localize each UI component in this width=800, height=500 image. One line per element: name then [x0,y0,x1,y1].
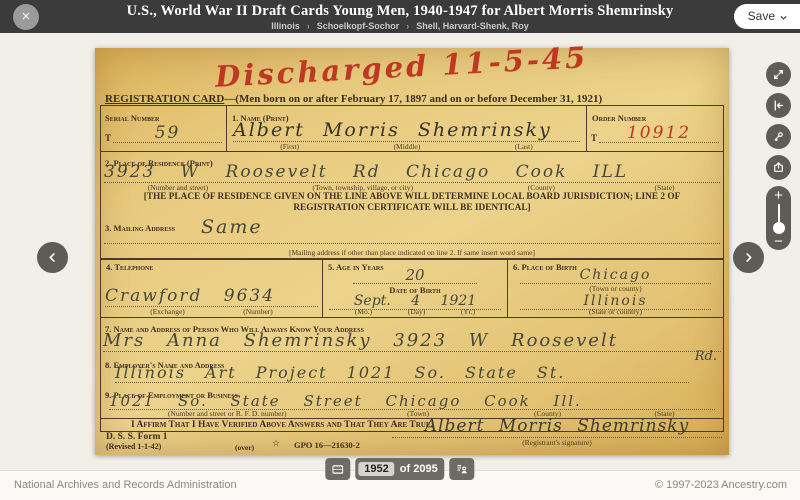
serial-number-value: 59 [113,125,222,143]
card-footer: D. S. S. Form 1 (Revised 1-1-42) (over) … [100,432,724,455]
residence-sub-county: (County) [474,183,610,192]
name-sub-first: (First) [280,142,299,151]
card-title: REGISTRATION CARD—(Men born on or after … [105,93,602,105]
tools-button[interactable] [766,124,791,149]
signature-sub-label: (Registrant's signature) [392,438,722,447]
fullscreen-button[interactable] [766,62,791,87]
chevron-left-icon [46,251,59,264]
dob-sub-month: (Mo.) [355,307,372,316]
page-indicator: 1952 of 2095 [355,458,444,480]
name-cell: 1. Name (Print) Albert Morris Shemrinsky… [227,106,587,151]
employment-sub-street: (Number and street or R. F. D. number) [104,409,350,418]
residence-sub-state: (State) [609,183,720,192]
zoom-in-button[interactable]: + [766,187,791,204]
order-number-value: 10912 [599,125,719,143]
row-serial-name-order: Serial Number T 59 1. Name (Print) Alber… [101,106,723,152]
mailing-value: Same [201,216,263,238]
telephone-cell: 4. Telephone Crawford 9634 (Exchange) (N… [101,260,323,317]
telephone-sub-exchange: (Exchange) [150,307,185,316]
residence-note: [THE PLACE OF RESIDENCE GIVEN ON THE LIN… [111,192,713,214]
dob-sub-day: (Day) [408,307,426,316]
breadcrumb-subrange[interactable]: Shell, Harvard-Shenk, Roy [416,21,529,31]
serial-number-cell: Serial Number T 59 [101,106,227,151]
arrow-to-bar-icon [772,99,785,112]
save-button[interactable]: Save [734,4,800,29]
form-over-note: (over) [235,443,254,452]
card-title-main: REGISTRATION CARD [105,93,224,105]
breadcrumb-range[interactable]: Schoelkopf-Sochor [317,21,400,31]
key-icon [772,130,785,143]
card-title-note: —(Men born on or after February 17, 1897… [224,93,602,105]
viewer-header: × U.S., World War II Draft Cards Young M… [0,0,800,33]
share-icon [772,161,785,174]
row-residence: 2. Place of Residence (Print) 3923 W Roo… [101,152,723,216]
name-sub-middle: (Middle) [394,142,421,151]
age-cell: 5. Age in Years 20 Date of Birth Sept. 4… [323,260,508,317]
row-contact: 7. Name and Address of Person Who Will A… [101,318,723,354]
page-count-label: of 2095 [400,463,438,475]
order-prefix: T [591,133,597,143]
birth-town-sub: (Town or county) [508,284,723,293]
contact-spill-value: Rd. [695,349,717,364]
index-panel-button[interactable] [450,458,475,480]
residence-sub-town: (Town, township, village, or city) [252,183,474,192]
star-icon: ☆ [272,438,280,449]
index-person-icon [455,463,470,476]
telephone-label: 4. Telephone [106,262,153,272]
document-image[interactable]: Discharged 11-5-45 REGISTRATION CARD—(Me… [95,48,729,455]
birth-cell: 6. Place of Birth Chicago (Town or count… [508,260,723,317]
breadcrumb: Illinois › Schoelkopf-Sochor › Shell, Ha… [0,21,800,31]
order-number-cell: Order Number T 10912 [587,106,723,151]
serial-prefix: T [105,133,111,143]
telephone-value: Crawford 9634 [105,287,318,307]
registrant-signature: Albert Morris Shemrinsky [392,415,722,438]
previous-image-button[interactable] [37,242,68,273]
age-value: 20 [353,268,477,284]
breadcrumb-separator: › [406,21,409,31]
row-employment-place: 9. Place of Employment or Business 1021 … [101,384,723,418]
mailing-sub: [Mailing address if other than place ind… [101,248,723,257]
employer-value: Illinois Art Project 1021 So. State St. [115,364,689,383]
form-gpo-number: GPO 16—21630-2 [294,440,360,450]
source-attribution: National Archives and Records Administra… [14,471,237,500]
zoom-out-button[interactable]: − [766,233,791,250]
filmstrip-icon [330,463,345,476]
discharge-stamp: Discharged 11-5-45 [214,40,589,93]
page-title: U.S., World War II Draft Cards Young Men… [0,0,800,20]
image-pager: 1952 of 2095 [325,458,474,480]
form-revision: (Revised 1-1-42) [106,442,161,451]
serial-number-label: Serial Number [105,113,159,123]
breadcrumb-separator: › [307,21,310,31]
registration-table: Serial Number T 59 1. Name (Print) Alber… [100,105,724,432]
close-icon[interactable]: × [13,4,39,30]
birth-state-sub: (State or country) [508,307,723,316]
employment-value: 1021 So. State Street Chicago Cook Ill. [109,393,715,410]
expand-icon [772,68,785,81]
page-number-input[interactable]: 1952 [358,462,394,476]
row-employer: 8. Employer's Name and Address Rd. Illin… [101,354,723,384]
share-button[interactable] [766,155,791,180]
breadcrumb-state[interactable]: Illinois [271,21,300,31]
telephone-sub-number: (Number) [243,307,273,316]
fit-to-width-button[interactable] [766,93,791,118]
order-number-label: Order Number [592,113,646,123]
dob-sub-year: (Yr.) [461,307,475,316]
chevron-right-icon [742,251,755,264]
name-sub-last: (Last) [515,142,533,151]
form-name: D. S. S. Form 1 [106,432,168,442]
copyright-notice: © 1997-2023 Ancestry.com [655,471,787,500]
mailing-label: 3. Mailing Address [105,223,175,233]
next-image-button[interactable] [733,242,764,273]
birth-town-value: Chicago [520,267,711,284]
name-value: Albert Morris Shemrinsky [233,120,580,142]
chevron-down-icon [779,13,788,22]
save-button-label: Save [748,4,775,29]
zoom-control: + − [766,186,791,250]
viewer-toolbar: + − [766,62,791,250]
filmstrip-button[interactable] [325,458,350,480]
residence-sub-street: (Number and street) [104,183,252,192]
row-telephone-age-birth: 4. Telephone Crawford 9634 (Exchange) (N… [101,258,723,318]
residence-value: 3923 W Roosevelt Rd Chicago Cook ILL [104,162,720,183]
contact-value: Mrs Anna Shemrinsky 3923 W Roosevelt [103,331,721,352]
row-mailing-address: 3. Mailing Address Same [Mailing address… [101,216,723,258]
